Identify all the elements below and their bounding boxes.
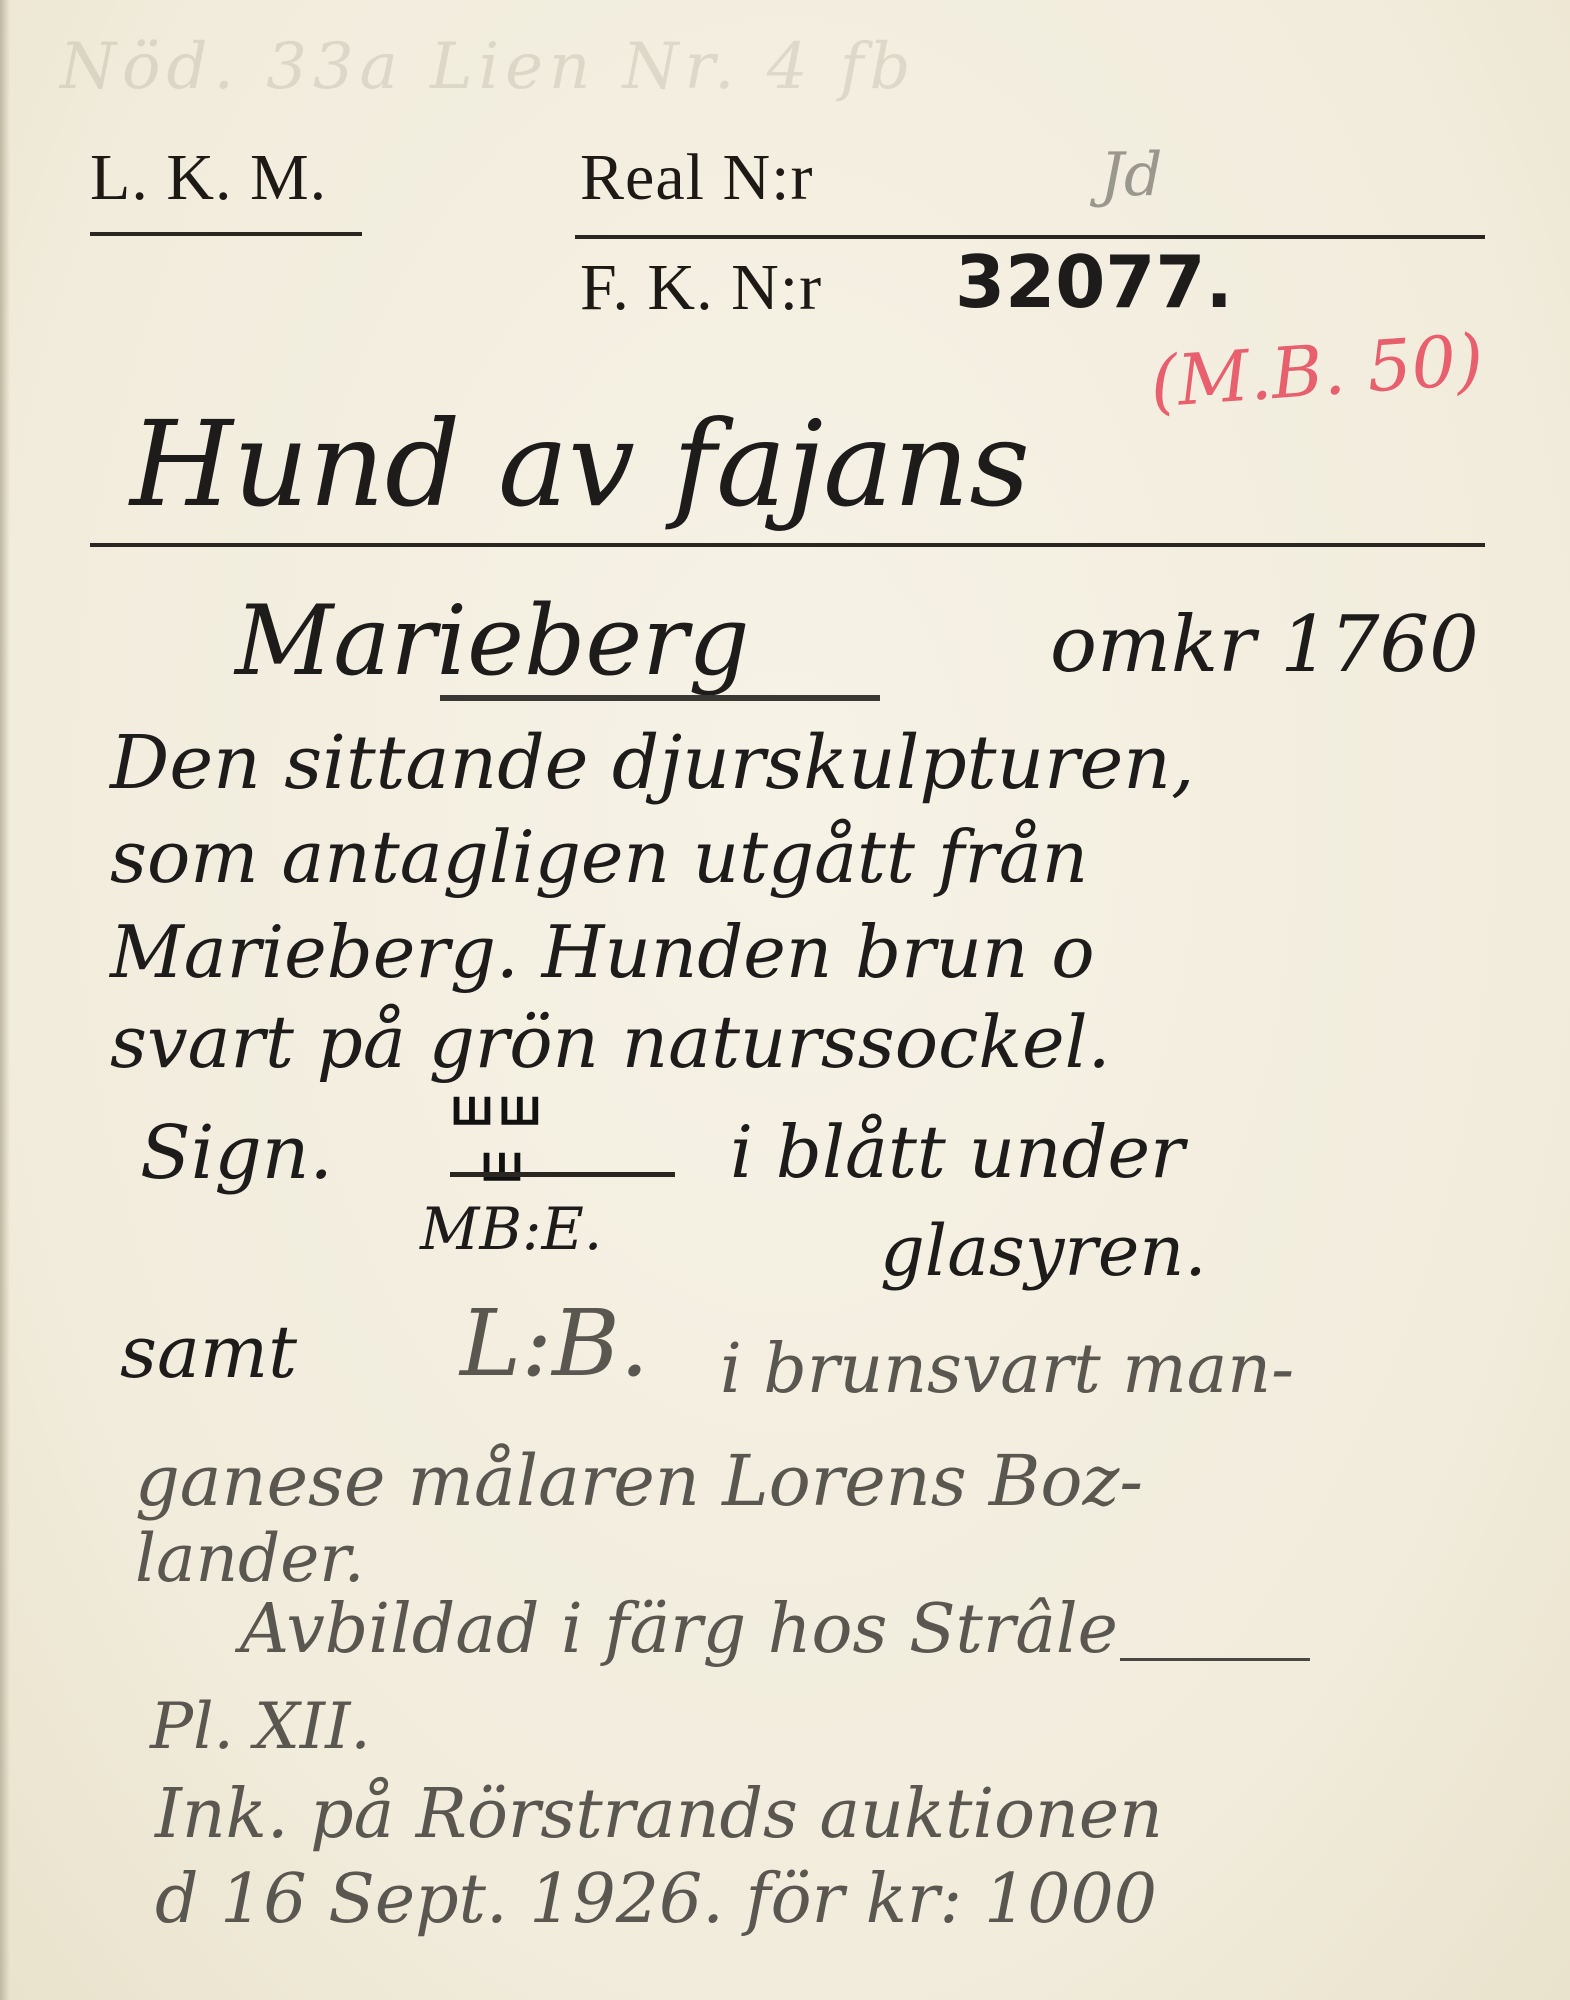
faded-bleedthrough-text: Nöd. 33a Lien Nr. 4 fb <box>60 30 1510 130</box>
mark-divider <box>450 1172 675 1177</box>
lkm-label: L. K. M. <box>90 140 327 216</box>
place-underline <box>440 695 880 701</box>
illustrated-reference: Avbildad i färg hos Strâle <box>240 1590 1118 1669</box>
fk-nr-value: 32077. <box>955 240 1233 324</box>
red-reference-mark: (M.B. 50) <box>1148 318 1486 423</box>
title-rule <box>90 543 1485 547</box>
plate-reference: Pl. XII. <box>150 1690 371 1764</box>
painter-initials: L:B. <box>460 1290 649 1397</box>
real-nr-label: Real N:r <box>580 140 813 216</box>
mark-initials: MB:E. <box>420 1195 602 1263</box>
mark-location-2: glasyren. <box>880 1210 1207 1292</box>
painter-line-1: ganese målaren Lorens Boz- <box>135 1440 1143 1522</box>
catalog-card: Nöd. 33a Lien Nr. 4 fb L. K. M. Real N:r… <box>0 0 1570 2000</box>
real-nr-value: Jd <box>1100 140 1162 210</box>
description-line-3: Marieberg. Hunden brun o <box>110 910 1095 994</box>
samt-label: samt <box>120 1310 297 1394</box>
sign-label: Sign. <box>140 1110 333 1196</box>
lkm-rule <box>90 232 362 236</box>
fk-nr-label: F. K. N:r <box>580 250 822 326</box>
real-nr-rule <box>575 235 1485 239</box>
description-line-2: som antagligen utgått från <box>110 815 1088 899</box>
purchase-line-1: Ink. på Rörstrands auktionen <box>155 1775 1163 1854</box>
description-line-4: svart på grön naturssockel. <box>110 1000 1111 1084</box>
strale-underline <box>1120 1658 1310 1661</box>
painter-line-2: lander. <box>135 1520 365 1597</box>
mark-location-1: i blått under <box>730 1110 1185 1194</box>
date-estimate: omkr 1760 <box>1050 600 1479 690</box>
purchase-line-2: d 16 Sept. 1926. för kr: 1000 <box>155 1860 1157 1939</box>
manufactory-place: Marieberg <box>235 585 750 697</box>
samt-suffix: i brunsvart man- <box>720 1330 1294 1409</box>
description-line-1: Den sittande djurskulpturen, <box>110 720 1195 806</box>
object-title: Hund av fajans <box>130 395 1030 533</box>
